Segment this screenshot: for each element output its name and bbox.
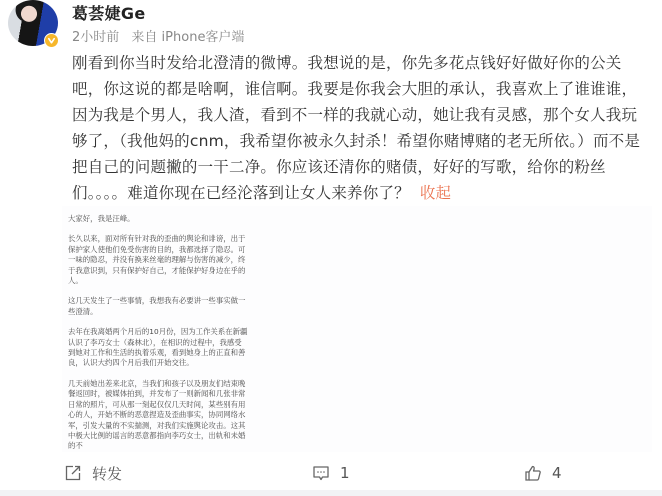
repost-icon [64, 464, 82, 482]
statement-paragraph: 这几天发生了一些事情，我想我有必要讲一些事实做一些澄清。 [68, 296, 248, 317]
post-source[interactable]: 来自 iPhone客户端 [131, 30, 244, 45]
avatar-container[interactable] [8, 0, 58, 46]
comment-button[interactable]: 1 [312, 464, 350, 482]
statement-paragraph: 去年在我离婚两个月后的10月份，因为工作关系在新疆认识了李巧女士（森林北），在相… [68, 327, 248, 369]
post-image[interactable]: 大家好，我是汪峰。 长久以来，面对所有针对我的歪曲的舆论和诽谤，出于保护家人使他… [62, 206, 652, 452]
statement-document: 大家好，我是汪峰。 长久以来，面对所有针对我的歪曲的舆论和诽谤，出于保护家人使他… [68, 214, 248, 452]
statement-paragraph: 长久以来，面对所有针对我的歪曲的舆论和诽谤，出于保护家人使他们免受伤害的目的，我… [68, 234, 248, 286]
collapse-link[interactable]: 收起 [420, 184, 451, 202]
user-name[interactable]: 葛荟婕Ge [72, 1, 146, 24]
repost-button[interactable]: 转发 [64, 463, 122, 484]
repost-label: 转发 [92, 463, 122, 484]
verified-badge-icon [44, 33, 59, 48]
action-bar: 转发 1 4 [0, 456, 662, 490]
comment-count: 1 [340, 464, 350, 482]
like-button[interactable]: 4 [524, 464, 562, 482]
like-count: 4 [552, 464, 562, 482]
thumbs-up-icon [524, 464, 542, 482]
post-time: 2小时前 [72, 30, 119, 45]
weibo-post: 葛荟婕Ge 2小时前 来自 iPhone客户端 刚看到你当时发给北澄清的微博。我… [0, 0, 662, 496]
statement-paragraph: 大家好，我是汪峰。 [68, 214, 248, 224]
comment-icon [312, 464, 330, 482]
divider [0, 490, 662, 496]
post-content: 刚看到你当时发给北澄清的微博。我想说的是，你先多花点钱好好做好你的公关吧，你这说… [72, 50, 652, 206]
statement-paragraph: 几天前她出差来北京，当我们和孩子以及朋友们结束晚餐返回时，被媒体拍到，并发布了一… [68, 379, 248, 452]
post-text: 刚看到你当时发给北澄清的微博。我想说的是，你先多花点钱好好做好你的公关吧，你这说… [72, 54, 640, 202]
post-meta: 2小时前 来自 iPhone客户端 [72, 26, 244, 45]
